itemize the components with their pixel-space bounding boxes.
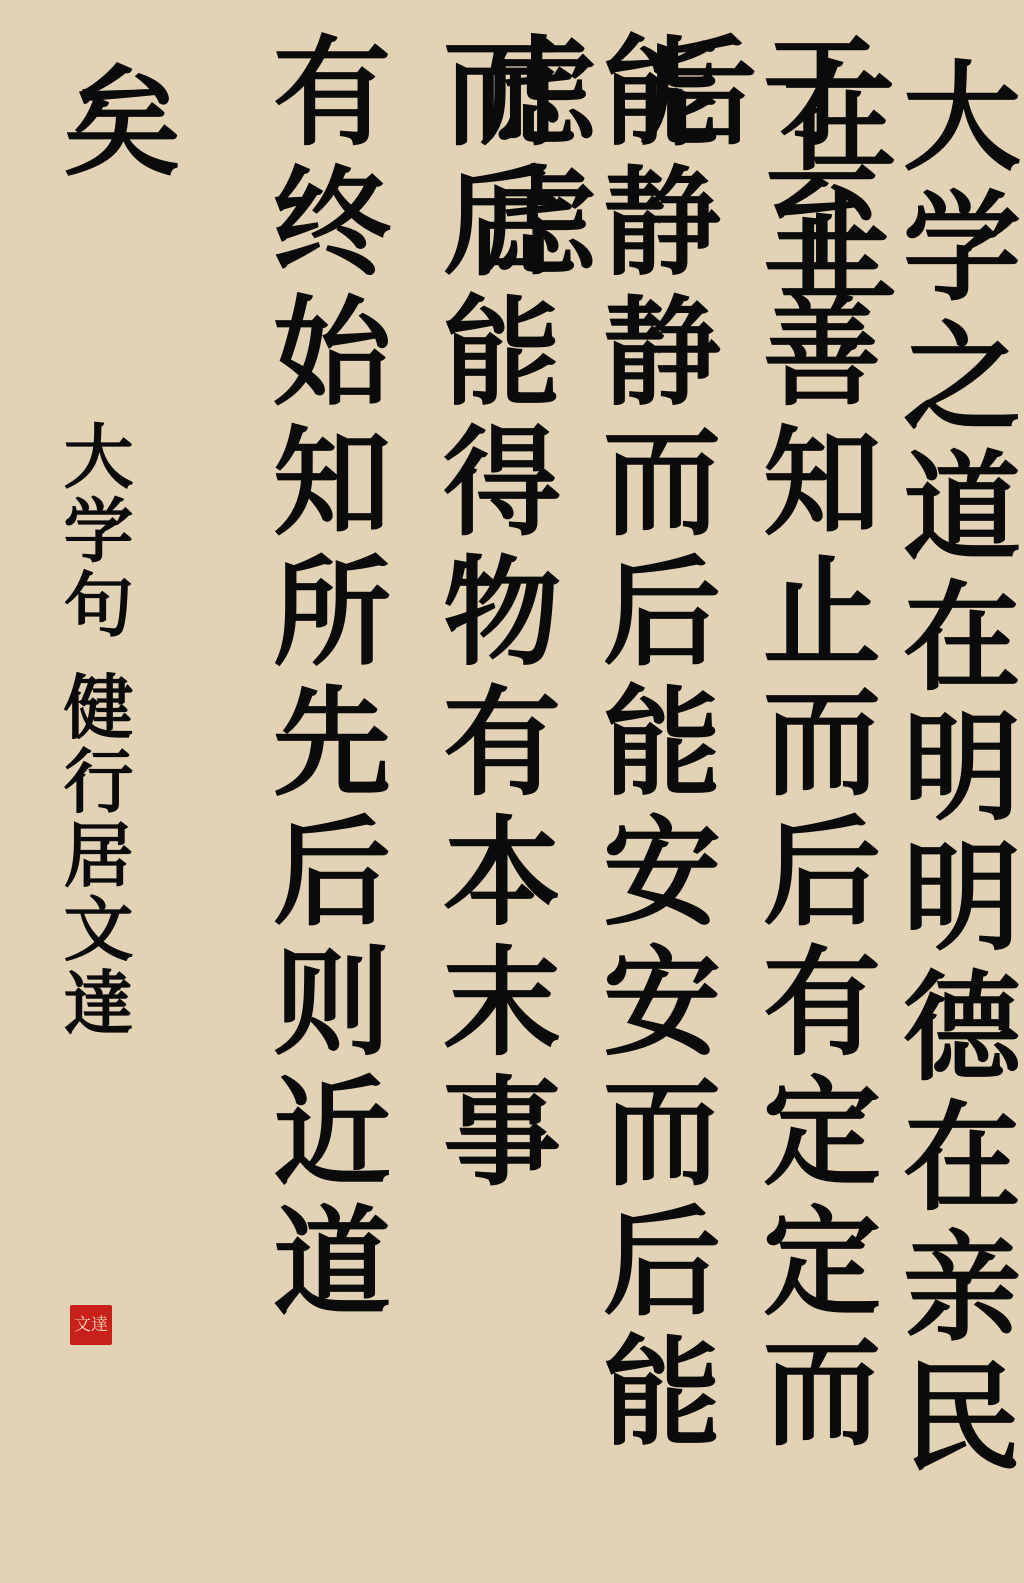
calligraphy-column-5: 有终始知所先后则近道 xyxy=(260,30,384,1330)
calligraphy-column-6: 矣 xyxy=(50,60,174,190)
signature: 大学句 健行居文達 xyxy=(43,420,144,1040)
calligraphy-column-4: 而后能得物有本末事 xyxy=(430,30,554,1200)
red-seal: 文達 xyxy=(70,1305,112,1345)
